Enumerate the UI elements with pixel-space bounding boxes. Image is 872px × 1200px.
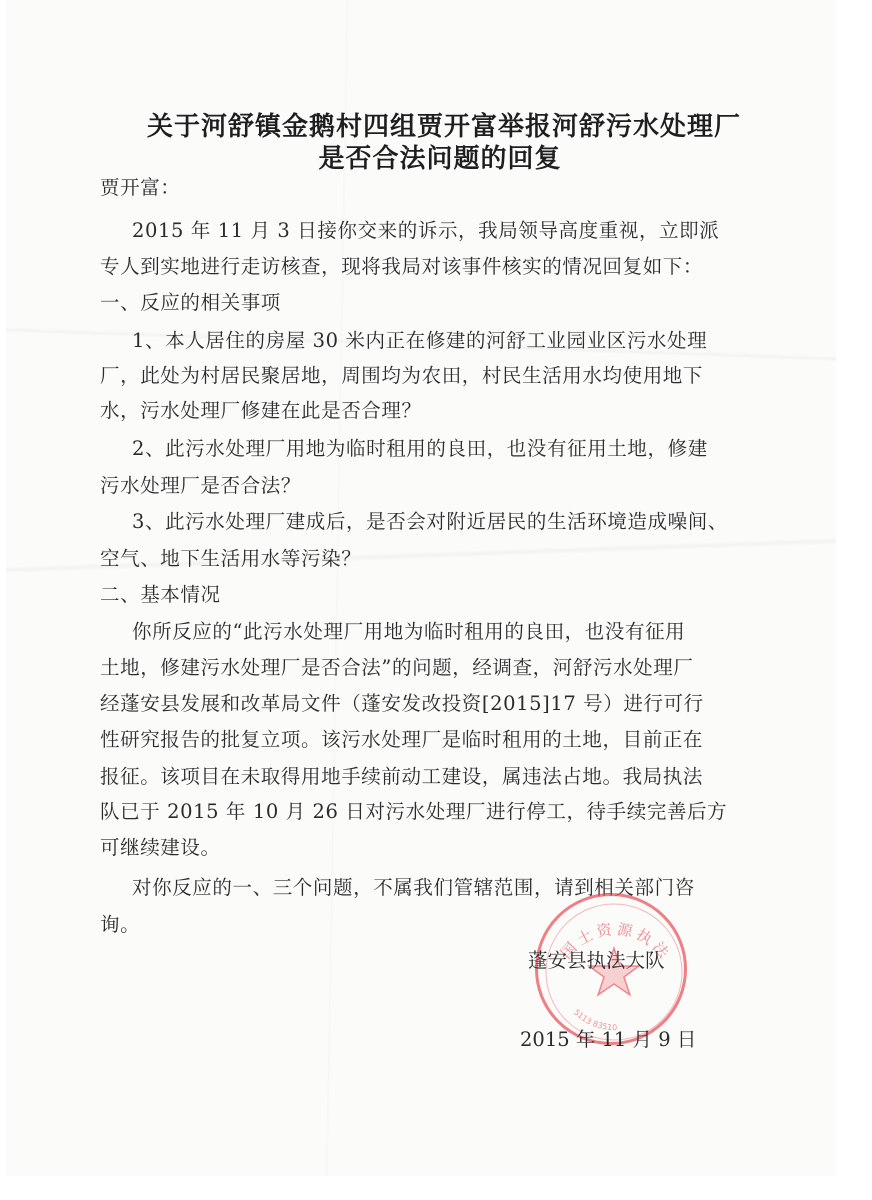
body-line: 厂，此处为村居民聚居地，周围均为农田，村民生活用水均使用地下 <box>100 364 765 388</box>
body-line: 土地，修建污水处理厂是否合法”的问题，经调查，河舒污水处理厂 <box>100 656 765 680</box>
body-line: 2、此污水处理厂用地为临时租用的良田，也没有征用土地，修建 <box>132 437 797 461</box>
signature-date: 2015 年 11 月 9 日 <box>520 1024 696 1052</box>
body-line: 3、此污水处理厂建成后，是否会对附近居民的生活环境造成噪间、 <box>132 510 797 534</box>
body-line: 水，污水处理厂修建在此是否合理？ <box>100 399 765 423</box>
section-heading-2: 二、基本情况 <box>100 583 765 607</box>
body-line: 专人到实地进行走访核查，现将我局对该事件核实的情况回复如下： <box>100 255 765 279</box>
salutation: 贾开富： <box>100 176 765 200</box>
body-line: 报征。该项目在未取得用地手续前动工建设，属违法占地。我局执法 <box>100 765 765 789</box>
body-line: 你所反应的“此污水处理厂用地为临时租用的良田，也没有征用 <box>132 620 797 644</box>
document-title-line2: 是否合法问题的回复 <box>4 138 872 175</box>
signature-issuer: 蓬安县执法大队 <box>528 945 665 973</box>
body-line: 可继续建设。 <box>100 836 765 860</box>
body-line: 对你反应的一、三个问题，不属我们管辖范围，请到相关部门咨 <box>132 876 797 900</box>
body-line: 性研究报告的批复立项。该污水处理厂是临时租用的土地，目前正在 <box>100 728 765 752</box>
body-line: 经蓬安县发展和改革局文件（蓬安发改投资[2015]17 号）进行可行 <box>100 692 765 716</box>
body-line: 队已于 2015 年 10 月 26 日对污水处理厂进行停工，待手续完善后方 <box>100 800 765 824</box>
body-line: 1、本人居住的房屋 30 米内正在修建的河舒工业园业区污水处理 <box>132 329 797 353</box>
body-line: 2015 年 11 月 3 日接你交来的诉示，我局领导高度重视，立即派 <box>132 219 797 243</box>
body-line: 空气、地下生活用水等污染？ <box>100 547 765 571</box>
body-line: 污水处理厂是否合法？ <box>100 474 765 498</box>
section-heading-1: 一、反应的相关事项 <box>100 291 765 315</box>
